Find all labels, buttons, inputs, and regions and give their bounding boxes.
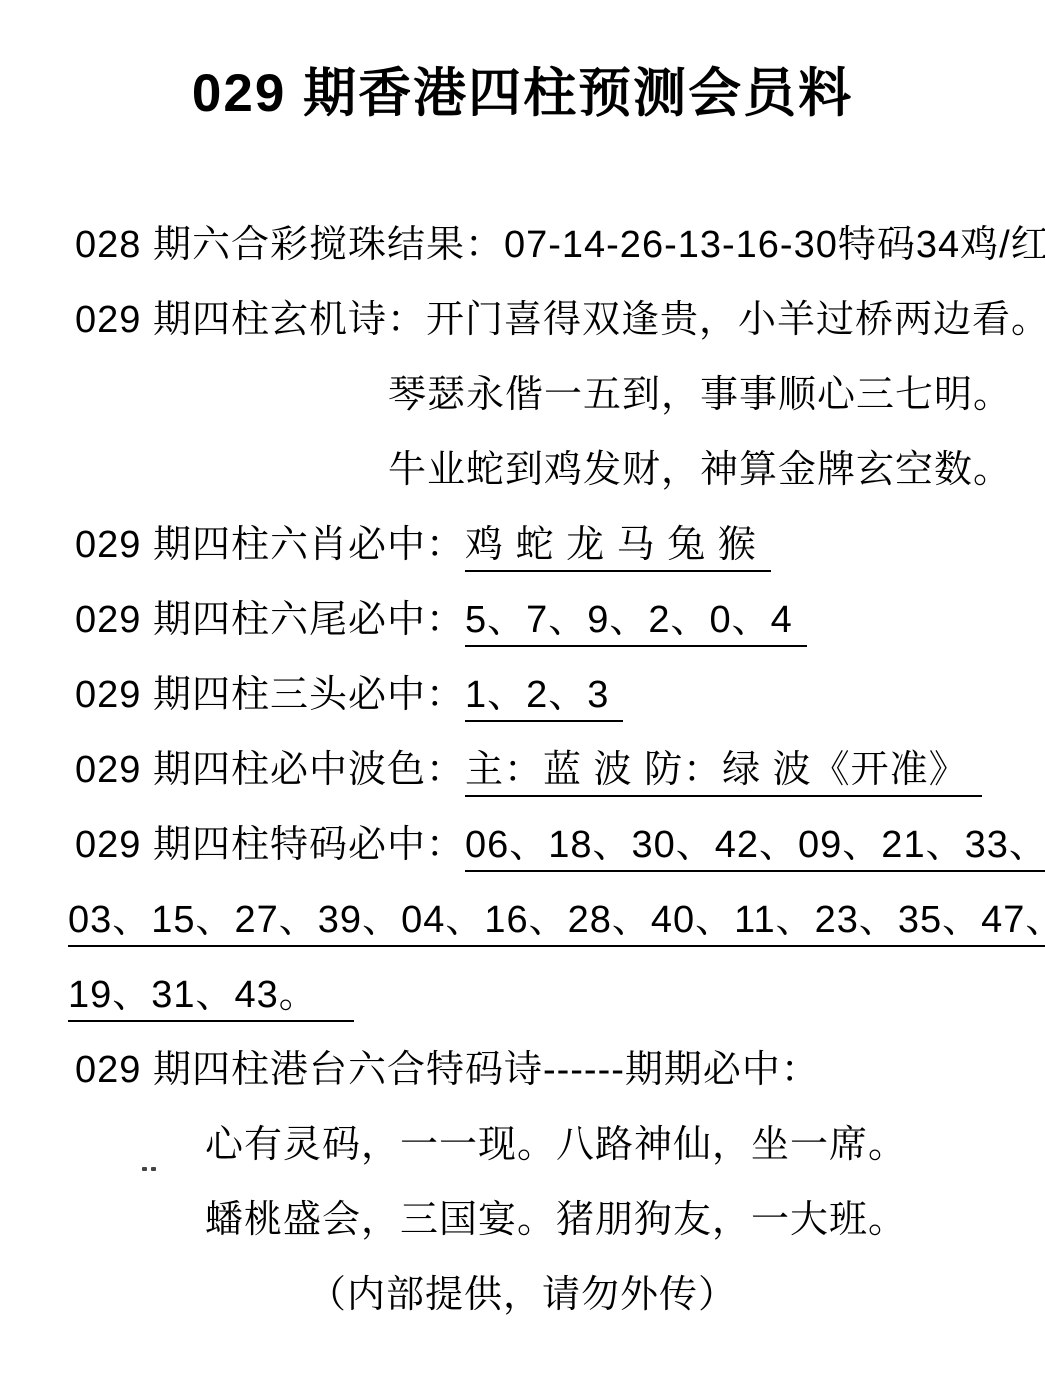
- previous-result-line: 028 期六合彩搅珠结果：07-14-26-13-16-30特码34鸡/红/金: [0, 208, 1045, 283]
- code-poem-heading: 029 期四柱港台六合特码诗------期期必中：: [0, 1033, 1045, 1108]
- code-poem-heading-text: 029 期四柱港台六合特码诗------期期必中：: [75, 1049, 820, 1091]
- code-poem-line-2: 蟠桃盛会，三国宴。猪朋狗友，一大班。: [0, 1183, 1045, 1258]
- page-title: 029 期香港四柱预测会员料: [0, 0, 1045, 126]
- previous-result-text: 028 期六合彩搅珠结果：07-14-26-13-16-30特码34鸡/红/金: [75, 224, 1045, 266]
- mystery-poem-line-2: 琴瑟永偕一五到，事事顺心三七明。: [0, 358, 1045, 433]
- prediction-zodiac-line: 029 期四柱六肖必中：鸡 蛇 龙 马 兔 猴: [0, 508, 1045, 583]
- prediction-color-line: 029 期四柱必中波色：主：蓝 波 防：绿 波《开准》: [0, 733, 1045, 808]
- document-body: 028 期六合彩搅珠结果：07-14-26-13-16-30特码34鸡/红/金 …: [0, 208, 1045, 1333]
- prediction-tails-label: 029 期四柱六尾必中：: [75, 599, 465, 641]
- special-codes-line-1: 029 期四柱特码必中：06、18、30、42、09、21、33、45、: [0, 808, 1045, 883]
- document-page: 029 期香港四柱预测会员料 028 期六合彩搅珠结果：07-14-26-13-…: [0, 0, 1045, 1388]
- prediction-heads-value: 1、2、3: [465, 674, 623, 722]
- mystery-poem-label: 029 期四柱玄机诗：: [75, 299, 426, 341]
- special-codes-label: 029 期四柱特码必中：: [75, 824, 465, 866]
- special-codes-values-2: 03、15、27、39、04、16、28、40、11、23、35、47、07、: [68, 899, 1045, 947]
- prediction-tails-value: 5、7、9、2、0、4: [465, 599, 807, 647]
- special-codes-line-3: 19、31、43。: [0, 958, 1045, 1033]
- mystery-poem-verse-3: 牛业蛇到鸡发财，神算金牌玄空数。: [388, 449, 1012, 491]
- special-codes-values-1: 06、18、30、42、09、21、33、45、: [465, 824, 1045, 872]
- code-poem-verse-1: 心有灵码，一一现。八路神仙，坐一席。: [205, 1124, 907, 1166]
- code-poem-verse-2: 蟠桃盛会，三国宴。猪朋狗友，一大班。: [205, 1199, 907, 1241]
- footer-notice-text: （内部提供，请勿外传）: [308, 1274, 737, 1316]
- prediction-heads-label: 029 期四柱三头必中：: [75, 674, 465, 716]
- prediction-zodiac-label: 029 期四柱六肖必中：: [75, 524, 465, 566]
- prediction-tails-line: 029 期四柱六尾必中：5、7、9、2、0、4: [0, 583, 1045, 658]
- mystery-poem-line-3: 牛业蛇到鸡发财，神算金牌玄空数。: [0, 433, 1045, 508]
- footer-notice: （内部提供，请勿外传）: [0, 1258, 1045, 1333]
- mystery-poem-line-1: 029 期四柱玄机诗：开门喜得双逢贵，小羊过桥两边看。: [0, 283, 1045, 358]
- special-codes-values-3: 19、31、43。: [68, 974, 354, 1022]
- special-codes-line-2: 03、15、27、39、04、16、28、40、11、23、35、47、07、: [0, 883, 1045, 958]
- code-poem-line-1: 心有灵码，一一现。八路神仙，坐一席。: [0, 1108, 1045, 1183]
- prediction-color-label: 029 期四柱必中波色：: [75, 749, 465, 791]
- mystery-poem-verse-1: 开门喜得双逢贵，小羊过桥两边看。: [426, 299, 1045, 341]
- prediction-zodiac-value: 鸡 蛇 龙 马 兔 猴: [465, 524, 771, 572]
- mystery-poem-verse-2: 琴瑟永偕一五到，事事顺心三七明。: [388, 374, 1012, 416]
- prediction-color-value: 主：蓝 波 防：绿 波《开准》: [465, 749, 982, 797]
- prediction-heads-line: 029 期四柱三头必中：1、2、3: [0, 658, 1045, 733]
- scan-artifact-dots: [142, 1158, 160, 1163]
